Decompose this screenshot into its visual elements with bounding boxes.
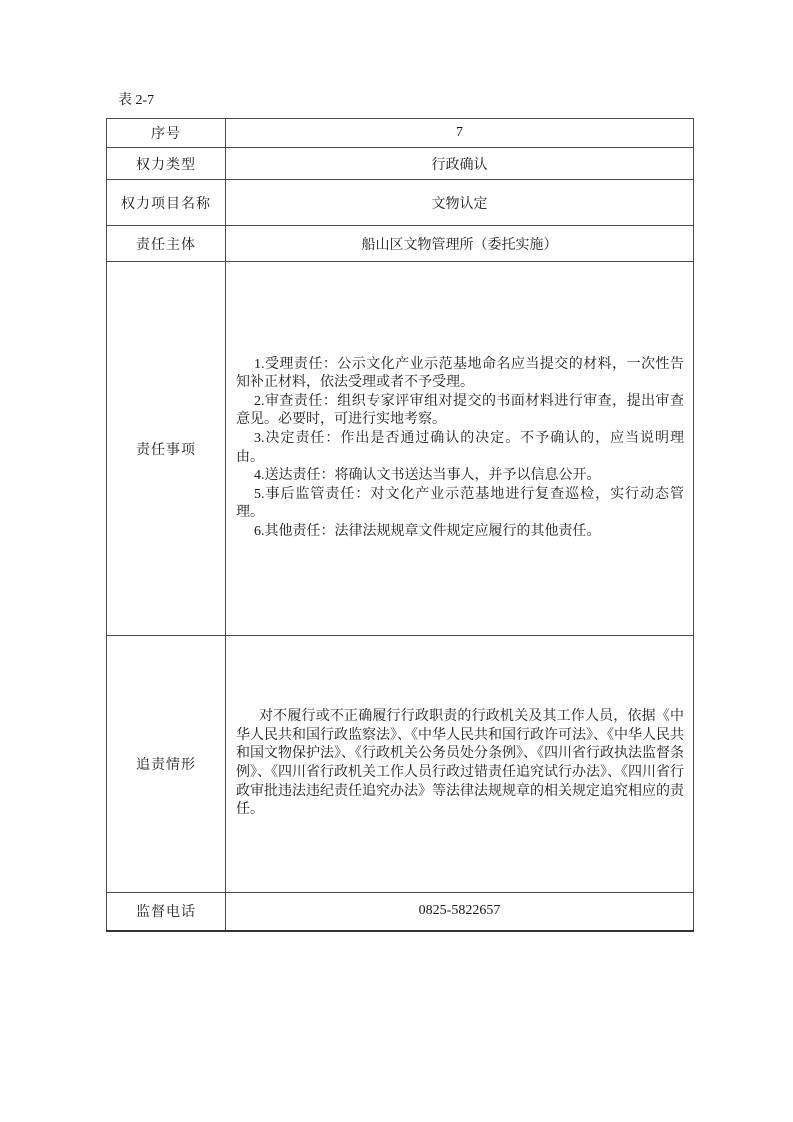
duty-item: 6.其他责任：法律法规规章文件规定应履行的其他责任。 [236, 523, 684, 542]
row-label-cell: 监督电话 [107, 893, 226, 931]
row-label-cell: 序号 [107, 119, 226, 148]
row-value-cell: 船山区文物管理所（委托实施） [226, 226, 694, 262]
row-label-cell: 权力类型 [107, 148, 226, 180]
row-label-cell: 责任主体 [107, 226, 226, 262]
duty-item: 2.审查责任：组织专家评审组对提交的书面材料进行审查，提出审查意见。必要时，可进… [236, 393, 684, 430]
accountability-paragraph: 对不履行或不正确履行行政职责的行政机关及其工作人员，依据《中华人民共和国行政监察… [236, 708, 684, 820]
duty-item: 3.决定责任：作出是否通过确认的决定。不予确认的，应当说明理由。 [236, 430, 684, 467]
duty-item: 1.受理责任：公示文化产业示范基地命名应当提交的材料，一次性告知补正材料，依法受… [236, 356, 684, 393]
row-value-cell: 文物认定 [226, 180, 694, 226]
row-value-cell: 行政确认 [226, 148, 694, 180]
row-label-cell: 责任事项 [107, 262, 226, 636]
document-page: 表 2-7 序号 7 权力类型 行政确认 权力项目名称 文物认定 责任主体 船山… [0, 0, 793, 1122]
row-value-cell: 对不履行或不正确履行行政职责的行政机关及其工作人员，依据《中华人民共和国行政监察… [226, 636, 694, 893]
supervision-phone-number: 0825-5822657 [226, 893, 694, 931]
row-serial-number: 序号 7 [107, 119, 694, 148]
row-responsible-entity: 责任主体 船山区文物管理所（委托实施） [107, 226, 694, 262]
row-value-cell: 7 [226, 119, 694, 148]
row-label-cell: 权力项目名称 [107, 180, 226, 226]
row-accountability-situations: 追责情形 对不履行或不正确履行行政职责的行政机关及其工作人员，依据《中华人民共和… [107, 636, 694, 893]
power-responsibility-table: 序号 7 权力类型 行政确认 权力项目名称 文物认定 责任主体 船山区文物管理所… [106, 118, 694, 932]
row-power-type: 权力类型 行政确认 [107, 148, 694, 180]
duty-item: 4.送达责任：将确认文书送达当事人，并予以信息公开。 [236, 467, 684, 486]
row-power-item-name: 权力项目名称 文物认定 [107, 180, 694, 226]
row-label-cell: 追责情形 [107, 636, 226, 893]
row-value-cell: 1.受理责任：公示文化产业示范基地命名应当提交的材料，一次性告知补正材料，依法受… [226, 262, 694, 636]
duty-item: 5.事后监管责任：对文化产业示范基地进行复查巡检，实行动态管理。 [236, 486, 684, 523]
table-caption: 表 2-7 [118, 93, 154, 109]
row-supervision-phone: 监督电话 0825-5822657 [107, 893, 694, 931]
row-responsibility-items: 责任事项 1.受理责任：公示文化产业示范基地命名应当提交的材料，一次性告知补正材… [107, 262, 694, 636]
